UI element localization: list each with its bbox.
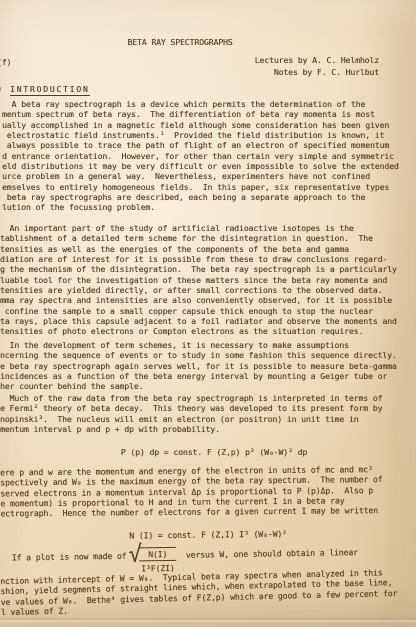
page-title: BETA RAY SPECTROGRAPHS [0, 37, 360, 47]
page-bottom-crease [0, 618, 416, 622]
fraction-numerator: N(I) [139, 548, 176, 562]
equation-probability: P (p) dp = const. F (Z,p) p² (W₀-W)² dp [0, 447, 416, 457]
sqrt-suffix-text: versus W, one should obtain a linear [176, 541, 358, 560]
byline-lectures: Lectures by A. C. Helmholz [255, 55, 379, 65]
paragraph-intro-1: A beta ray spectrograph is a device whic… [2, 99, 399, 213]
paragraph-fermi-theory: Much of the raw data from the beta ray s… [0, 393, 382, 434]
margin-note-fragment: (f) [0, 57, 11, 67]
section-number-fragment: 0 [0, 84, 1, 94]
sqrt-prefix-text: If a plot is now made of [2, 545, 127, 563]
byline-notes: Notes by F. C. Hurlbut [274, 67, 379, 77]
scanned-document-page: BETA RAY SPECTROGRAPHS (f) Lectures by A… [0, 0, 416, 627]
paragraph-momentum-energy: ere p and w are the momentum and energy … [0, 464, 383, 519]
paragraph-kurie-conclusion: nction with intercept of W = W₀. Typical… [0, 567, 398, 617]
fraction: N(I) I³F(ZI) [139, 547, 177, 573]
byline-block: Lectures by A. C. HelmholzNotes by F. C.… [255, 55, 379, 78]
section-heading: INTRODUCTION [10, 84, 90, 96]
paragraph-intro-2: An important part of the study of artifi… [0, 223, 397, 337]
paragraph-term-schemes: In the development of term schemes, it i… [0, 340, 397, 392]
